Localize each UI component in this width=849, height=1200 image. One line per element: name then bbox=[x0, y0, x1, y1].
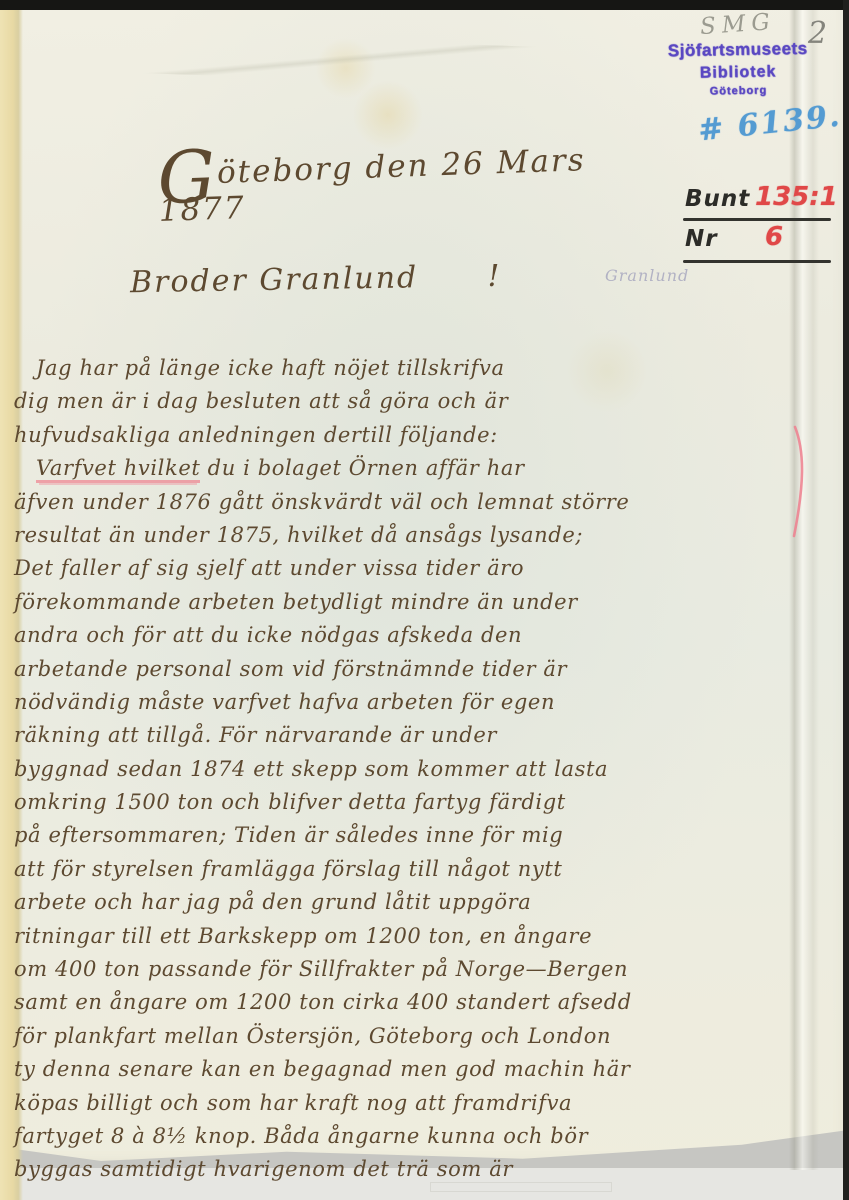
letter-line: Varfvet hvilket du i bolaget Örnen affär… bbox=[14, 452, 804, 485]
letter-line: om 400 ton passande för Sillfrakter på N… bbox=[14, 953, 804, 986]
pencil-name-annotation: Granlund bbox=[605, 266, 689, 285]
letter-line: resultat än under 1875, hvilket då ansåg… bbox=[14, 519, 804, 552]
letter-line: omkring 1500 ton och blifver detta farty… bbox=[14, 786, 804, 819]
letter-line: fartyget 8 à 8½ knop. Båda ångarne kunna… bbox=[14, 1120, 804, 1153]
red-margin-mark bbox=[788, 424, 812, 542]
letter-line: Det faller af sig sjelf att under vissa … bbox=[14, 552, 804, 585]
letter-line: ty denna senare kan en begagnad men god … bbox=[14, 1053, 804, 1086]
letter-line: hufvudsakliga anledningen dertill följan… bbox=[14, 419, 804, 452]
letter-line: samt en ångare om 1200 ton cirka 400 sta… bbox=[14, 986, 804, 1019]
letter-body: Jag har på länge icke haft nöjet tillskr… bbox=[14, 352, 804, 1187]
dateline-text: öteborg den 26 Mars 1877 bbox=[158, 142, 586, 229]
stamp-line-2: Bibliotek bbox=[648, 62, 828, 83]
letter-line: nödvändig måste varfvet hafva arbeten fö… bbox=[14, 686, 804, 719]
number-row: Nr 6 bbox=[685, 226, 835, 266]
scan-right-edge bbox=[843, 0, 849, 1200]
red-underlined-words: Varfvet hvilket bbox=[36, 456, 200, 483]
letter-line: för plankfart mellan Östersjön, Göteborg… bbox=[14, 1020, 804, 1053]
bundle-value: 135:1 bbox=[755, 182, 838, 212]
letter-line: dig men är i dag besluten att så göra oc… bbox=[14, 385, 804, 418]
letter-line: äfven under 1876 gått önskvärdt väl och … bbox=[14, 486, 804, 519]
letter-line: byggnad sedan 1874 ett skepp som kommer … bbox=[14, 753, 804, 786]
bundle-underline bbox=[683, 218, 831, 221]
number-value: 6 bbox=[765, 222, 783, 252]
letter-line: Jag har på länge icke haft nöjet tillskr… bbox=[14, 352, 804, 385]
number-underline bbox=[683, 260, 831, 263]
archive-reference-block: Bunt 135:1 Nr 6 bbox=[685, 186, 835, 266]
letter-line: ritningar till ett Barkskepp om 1200 ton… bbox=[14, 920, 804, 953]
letter-line: byggas samtidigt hvarigenom det trä som … bbox=[14, 1153, 804, 1186]
letter-line: på eftersommaren; Tiden är således inne … bbox=[14, 819, 804, 852]
number-label: Nr bbox=[685, 226, 718, 252]
letter-line: räkning att tillgå. För närvarande är un… bbox=[14, 719, 804, 752]
letter-line: arbete och har jag på den grund låtit up… bbox=[14, 886, 804, 919]
letter-line: förekommande arbeten betydligt mindre än… bbox=[14, 586, 804, 619]
letter-line: köpas billigt och som har kraft nog att … bbox=[14, 1087, 804, 1120]
library-stamp: Sjöfartsmuseets Bibliotek Göteborg bbox=[648, 38, 829, 98]
letter-line: att för styrelsen framlägga förslag till… bbox=[14, 853, 804, 886]
stamp-line-1: Sjöfartsmuseets bbox=[648, 38, 828, 61]
bundle-row: Bunt 135:1 bbox=[685, 186, 835, 226]
scanned-letter-page: { "annotations": { "pencil_top": "SMG", … bbox=[0, 0, 849, 1200]
letter-salutation: Broder Granlund ! bbox=[130, 259, 502, 300]
letter-line: arbetande personal som vid förstnämnde t… bbox=[14, 653, 804, 686]
letter-line: andra och för att du icke nödgas afskeda… bbox=[14, 619, 804, 652]
bundle-label: Bunt bbox=[685, 186, 750, 212]
